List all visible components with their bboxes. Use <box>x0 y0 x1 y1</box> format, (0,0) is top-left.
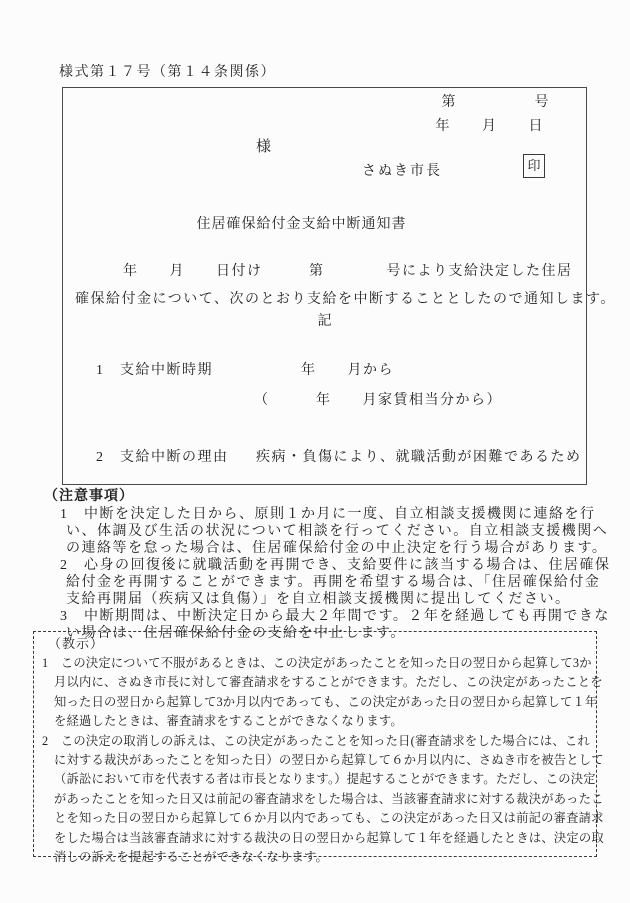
record-mark: 記 <box>63 310 586 330</box>
seal-mark: 印 <box>523 154 545 178</box>
appeal-line: （訴訟において市を代表する者は市長となります。）提起することができます。ただし、… <box>54 770 596 789</box>
cautions-heading: （注意事項） <box>44 488 594 506</box>
caution-line: 3 中断期間は、中断決定日から最大２年間です。２年を経過しても再開できな <box>60 608 594 625</box>
caution-line: 給付金を再開することができます。再開を希望する場合は、「住居確保給付金 <box>66 574 594 591</box>
caution-line: 2 心身の回復後に就職活動を再開でき、支給要件に該当する場合は、住居確保 <box>60 557 594 574</box>
appeal-line: 消しの訴えを提起することができなくなります。 <box>54 848 596 867</box>
appeal-line: 知った日の翌日から起算して3か月以内であっても、この決定があった日の翌日から起算… <box>54 693 596 712</box>
appeal-line: があったことを知った日又は前記の審査請求をした場合は、当該審査請求に対する裁決が… <box>54 790 596 809</box>
document-page: 様式第１７号（第１４条関係） 第 号 年 月 日 様 さぬき市長 印 住居確保給… <box>0 0 630 903</box>
form-number-label: 様式第１７号（第１４条関係） <box>59 61 276 81</box>
addressee-suffix: 様 <box>256 135 271 156</box>
appeal-instructions-box: （教示） 1 この決定について不服があるときは、この決定があったことを知った日の… <box>33 631 597 857</box>
appeal-line: に対する裁決があったことを知った日）の翌日から起算して６か月以内に、さぬき市を被… <box>54 751 596 770</box>
appeal-instructions-heading: （教示） <box>48 635 596 653</box>
document-number-line: 第 号 <box>442 91 551 111</box>
caution-line: い、体調及び生活の状況について相談を行ってください。自立相談支援機関へ <box>66 523 594 540</box>
item-suspension-period: 1 支給中断時期 年 月から <box>96 359 213 379</box>
item2-value: 疾病・負傷により、就職活動が困難であるため <box>256 446 582 466</box>
notice-box: 第 号 年 月 日 様 さぬき市長 印 住居確保給付金支給中断通知書 年 月 日… <box>62 87 587 485</box>
appeal-line: 2 この決定の取消しの訴えは、この決定があったことを知った日(審査請求をした場合… <box>42 732 596 751</box>
item2-label: 2 支給中断の理由 <box>96 450 229 465</box>
item1-value-line2: （ 年 月家賃相当分から） <box>254 389 502 409</box>
cautions-section: （注意事項） 1 中断を決定した日から、原則１か月に一度、自立相談支援機関に連絡… <box>44 488 594 642</box>
appeal-line: 1 この決定について不服があるときは、この決定があったことを知った日の翌日から起… <box>42 654 596 673</box>
sender-name: さぬき市長 <box>362 160 442 180</box>
appeal-line: をした場合は当該審査請求に対する裁決の日の翌日から起算して１年を経過したときは、… <box>54 829 596 848</box>
body-paragraph: 年 月 日付け 第 号により支給決定した住居 確保給付金について、次のとおり支給… <box>75 258 616 314</box>
document-title: 住居確保給付金支給中断通知書 <box>63 213 586 233</box>
caution-line: の連絡等を怠った場合は、住居確保給付金の中止決定を行う場合があります。 <box>66 540 594 557</box>
item-suspension-reason: 2 支給中断の理由 疾病・負傷により、就職活動が困難であるため <box>96 446 229 466</box>
appeal-line: とを知った日の翌日から起算して６か月以内であっても、この決定があった日又は前記の… <box>54 809 596 828</box>
caution-line: 1 中断を決定した日から、原則１か月に一度、自立相談支援機関に連絡を行 <box>60 506 594 523</box>
body-line-1: 年 月 日付け 第 号により支給決定した住居 <box>123 258 616 286</box>
item1-label: 1 支給中断時期 <box>96 363 213 378</box>
caution-line: 支給再開届（疾病又は負傷）」を自立相談支援機関に提出してください。 <box>66 591 594 608</box>
appeal-line: を経過したときは、審査請求をすることができなくなります。 <box>54 712 596 731</box>
appeal-line: 月以内に、さぬき市長に対して審査請求をすることができます。ただし、この決定があっ… <box>54 673 596 692</box>
item1-value: 年 月から <box>301 359 394 379</box>
date-line: 年 月 日 <box>436 115 545 135</box>
